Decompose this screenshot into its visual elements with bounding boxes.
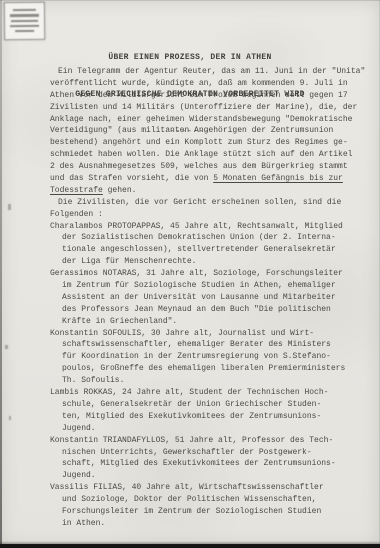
title-line-1: ÜBER EINEN PROZESS, DER IN ATHEN [0, 52, 380, 64]
text-line: des Professors Jean Meynaud an dem Buch … [50, 304, 372, 316]
text-line: in Athen. [50, 518, 372, 530]
text-line: Forschungsleiter im Zentrum der Soziolog… [50, 506, 372, 518]
text-line: Gerassimos NOTARAS, 31 Jahre alt, Soziol… [50, 268, 372, 280]
text-line: schaftswissenschaftler, ehemaliger Berat… [50, 339, 372, 351]
text-line: Lambis ROKKAS, 24 Jahre alt, Student der… [50, 387, 372, 399]
stamp-illegible-line [10, 13, 39, 17]
text-line: Th. Sofoulis. [50, 375, 372, 387]
text-line: ten, Mitglied des Exekutivkomitees der Z… [50, 411, 372, 423]
scan-edge-top [0, 0, 380, 1]
text-line: Assistent an der Universität von Lausann… [50, 292, 372, 304]
text-line: der Sozialistischen Demokratischen Union… [50, 232, 372, 244]
text-line: im Zentrum für Soziologische Studien in … [50, 280, 372, 292]
text-line: Kräfte in Griechenland". [50, 316, 372, 328]
scan-edge-left [0, 0, 2, 548]
scanned-document-page: ÜBER EINEN PROZESS, DER IN ATHEN GEGEN G… [0, 0, 380, 548]
text-line: Jugend. [50, 470, 372, 482]
text-line: Zivilisten und 14 Militärs (Unteroffizie… [50, 102, 372, 114]
text-line: für Koordination in der Zentrumsregierun… [50, 351, 372, 363]
text-line: Vassilis FILIAS, 40 Jahre alt, Wirtschaf… [50, 482, 372, 494]
text-line: der Liga für Menschenrechte. [50, 256, 372, 268]
stamp-illegible-line [13, 8, 36, 11]
text-line: nischen Unterrichts, Gewerkschaftler der… [50, 447, 372, 459]
text-line: Folgenden : [50, 209, 372, 221]
text-line: Konstantin SOFOULIS, 30 Jahre alt, Journ… [50, 328, 372, 340]
text-line: schule, Generalsekretär der Union Griech… [50, 399, 372, 411]
text-line: schaft, Mitglied des Exekutivkomitees de… [50, 458, 372, 470]
text-line: Verteidigung" (aus militanten Angehörige… [50, 125, 372, 137]
text-line: Anklage nach, einer geheimen Widerstands… [50, 114, 372, 126]
text-line: schmiedet haben wollen. Die Anklage stüt… [50, 149, 372, 161]
document-lines: Ein Telegramm der Agentur Reuter, das am… [50, 66, 372, 530]
text-line: bestehend) angehört und ein Komplott zum… [50, 137, 372, 149]
text-line: 2 des Ausnahmegesetzes 509, welches aus … [50, 161, 372, 173]
text-line: Jugend. [50, 423, 372, 435]
text-line: Charalambos PROTOPAPPAS, 45 Jahre alt, R… [50, 221, 372, 233]
text-line: veröffentlicht wurde, kündigte an, daß a… [50, 78, 372, 90]
text-line: Ein Telegramm der Agentur Reuter, das am… [50, 66, 372, 78]
stamp-illegible-line [11, 19, 37, 22]
text-line: und das Strafen vorsieht, die von 5 Mona… [50, 173, 372, 185]
scan-speck [8, 204, 11, 210]
text-line: tionale angeschlossen), stellvertretende… [50, 244, 372, 256]
text-line: Konstantin TRIANDAFYLLOS, 51 Jahre alt, … [50, 435, 372, 447]
text-line: Todesstrafe gehen. [50, 185, 372, 197]
text-line: poulos, Großneffe des ehemaligen liberal… [50, 363, 372, 375]
text-line: Athen vor dem Militärgericht ein Prozeß … [50, 90, 372, 102]
scan-speck [5, 345, 8, 349]
text-line: und Soziologe, Doktor der Politischen Wi… [50, 494, 372, 506]
scan-edge-bottom [0, 544, 380, 548]
scan-speck [9, 416, 11, 420]
text-line: Die Zivilisten, die vor Gericht erschein… [50, 197, 372, 209]
